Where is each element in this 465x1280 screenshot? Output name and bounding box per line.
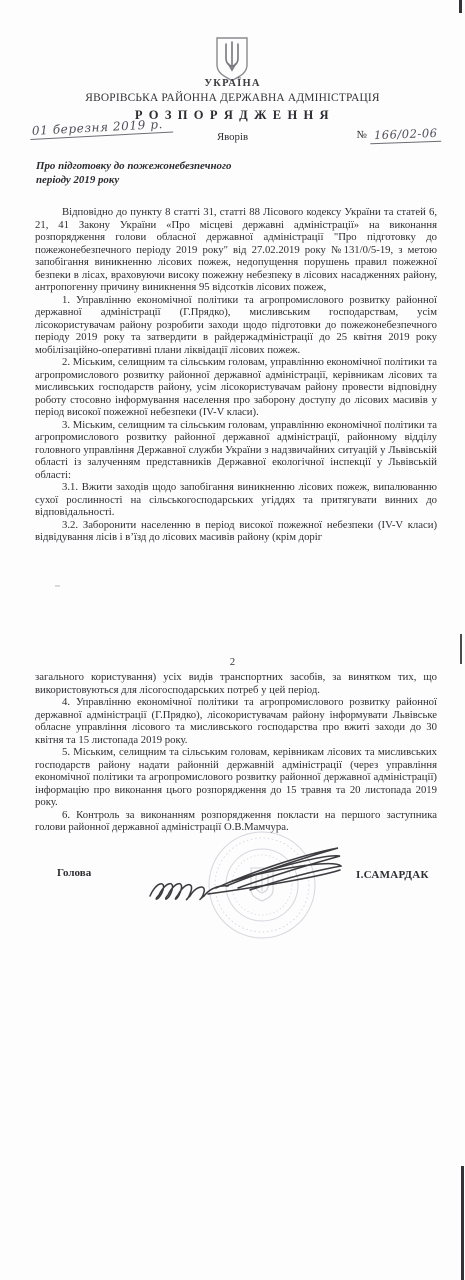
organization-name: ЯВОРІВСЬКА РАЙОННА ДЕРЖАВНА АДМІНІСТРАЦІ… — [0, 92, 465, 104]
handwritten-number: 166/02-06 — [369, 126, 441, 144]
subject-block: Про підготовку до пожежонебезпечного пер… — [36, 160, 231, 188]
page1-body: Відповідно до пункту 8 статті 31, статті… — [35, 206, 437, 544]
paragraph-item-3: 3. Міським, селищним та сільським голова… — [35, 419, 437, 482]
scan-artifact-line — [460, 634, 462, 664]
subject-line-2: періоду 2019 року — [36, 174, 231, 188]
paragraph-item-5: 5. Міським, селищним та сільським голова… — [35, 746, 437, 809]
subject-line-1: Про підготовку до пожежонебезпечного — [36, 160, 231, 174]
scanned-document: УКРАЇНА ЯВОРІВСЬКА РАЙОННА ДЕРЖАВНА АДМІ… — [0, 0, 465, 1280]
paragraph-item-3-2: 3.2. Заборонити населенню в період висок… — [35, 519, 437, 544]
page2-body: загального користування) усіх видів тран… — [35, 671, 437, 834]
page-number: 2 — [0, 657, 465, 668]
scan-artifact-line — [459, 0, 462, 13]
paragraph-intro: Відповідно до пункту 8 статті 31, статті… — [35, 206, 437, 294]
scan-artifact-line — [461, 1166, 464, 1280]
document-number: № 166/02-06 — [357, 127, 442, 143]
signer-title: Голова — [57, 867, 91, 879]
paragraph-item-3-1: 3.1. Вжити заходів щодо запобігання вини… — [35, 481, 437, 519]
paragraph-item-4: 4. Управлінню економічної політики та аг… — [35, 696, 437, 746]
signer-name: І.САМАРДАК — [356, 869, 429, 881]
document-type-title: Р О З П О Р Я Д Ж Е Н Н Я — [0, 108, 465, 123]
paragraph-item-3-2-continued: загального користування) усіх видів тран… — [35, 671, 437, 696]
country-name: УКРАЇНА — [0, 78, 465, 89]
ukraine-trident-emblem-icon — [213, 36, 251, 82]
signature-handwriting-icon — [146, 840, 342, 912]
scan-speck — [55, 585, 60, 587]
paragraph-item-2: 2. Міським, селищним та сільським голова… — [35, 356, 437, 419]
paragraph-item-1: 1. Управлінню економічної політики та аг… — [35, 294, 437, 357]
number-label: № — [357, 129, 367, 141]
